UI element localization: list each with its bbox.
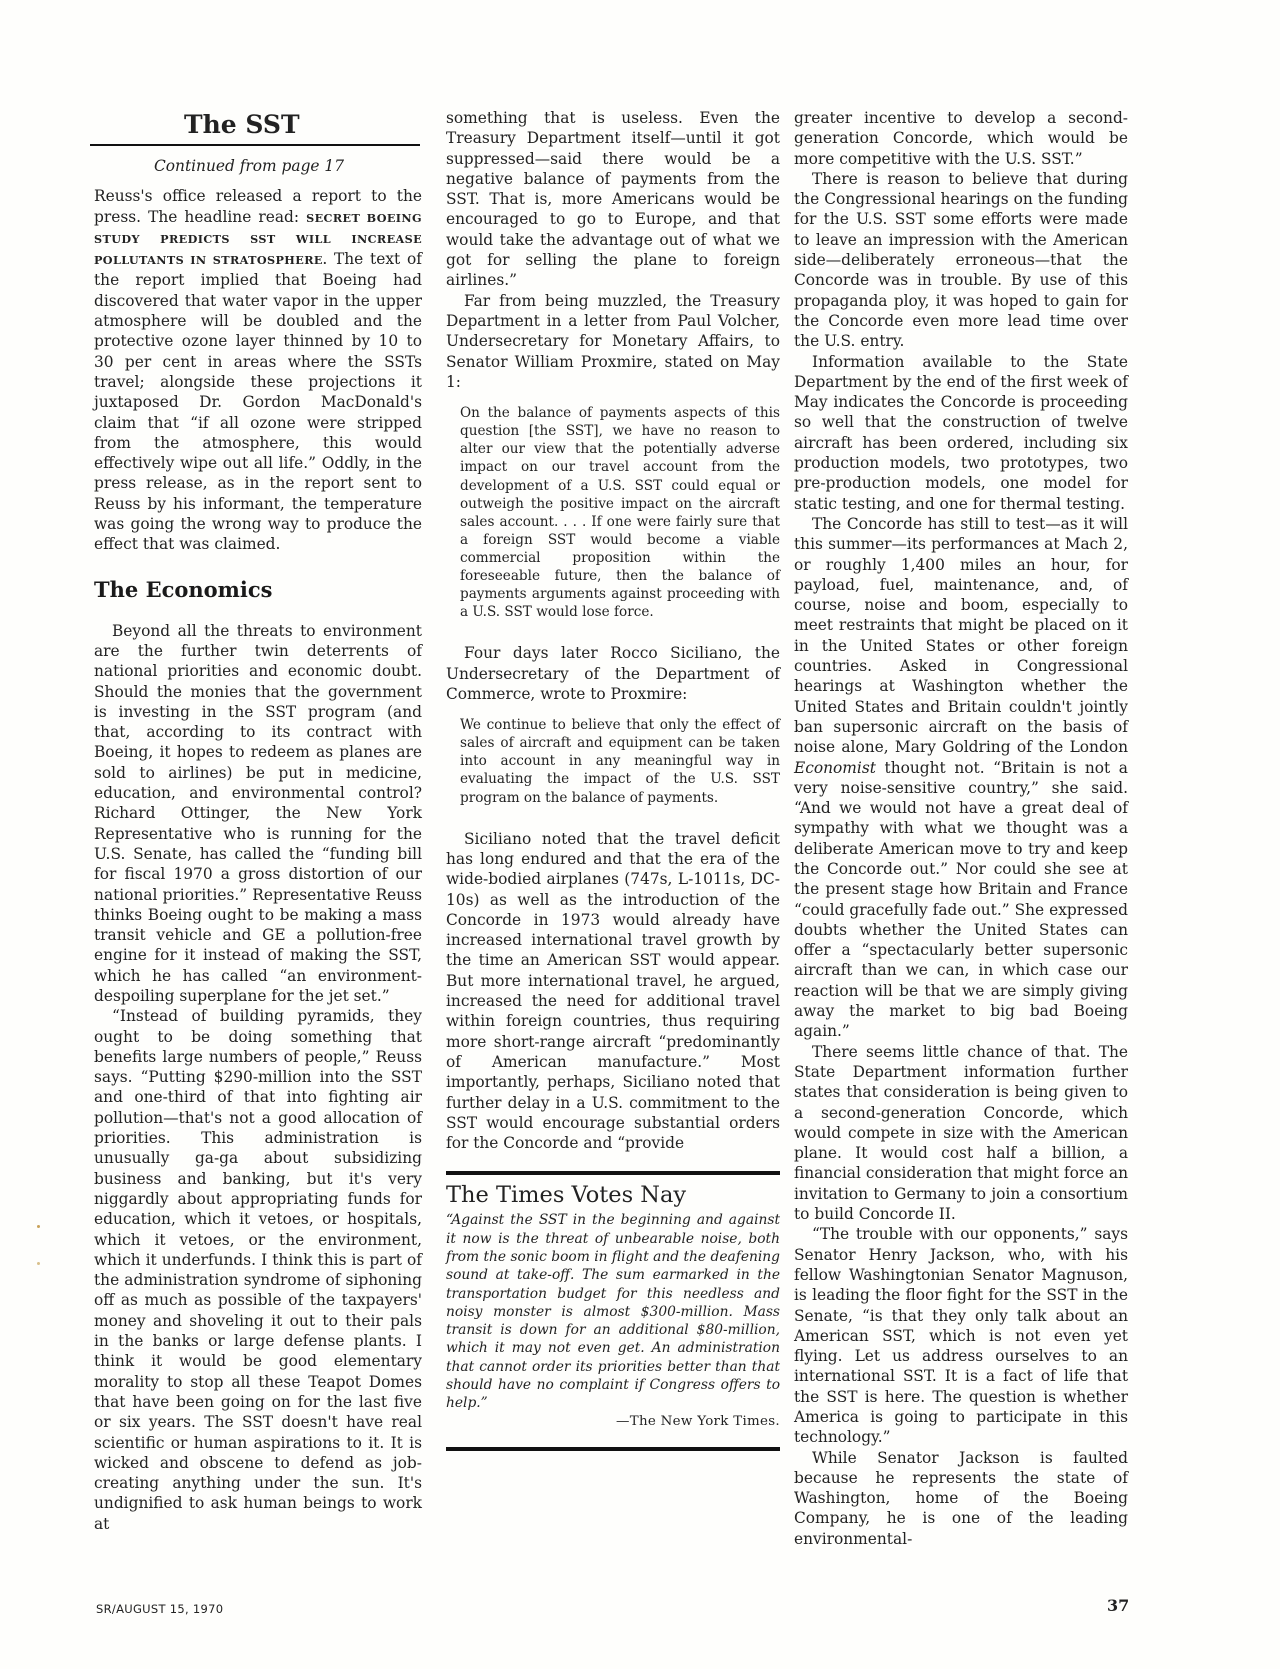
continued-from-note: Continued from page 17 bbox=[94, 156, 422, 176]
paragraph-text: thought not. “Britain is not a very nois… bbox=[794, 759, 1128, 1041]
paragraph-text: The text of the report implied that Boei… bbox=[94, 250, 422, 553]
sidebar-quote: “Against the SST in the beginning and ag… bbox=[446, 1211, 780, 1412]
paragraph: There seems little chance of that. The S… bbox=[794, 1042, 1128, 1225]
section-heading-economics: The Economics bbox=[94, 577, 422, 603]
paper-speck bbox=[37, 1262, 40, 1265]
sidebar-title: The Times Votes Nay bbox=[446, 1181, 780, 1209]
sidebar-bottom-rule bbox=[446, 1447, 780, 1451]
paragraph: The Concorde has still to test—as it wil… bbox=[794, 514, 1128, 1042]
paragraph: “The trouble with our opponents,” says S… bbox=[794, 1224, 1128, 1447]
title-rule bbox=[90, 144, 420, 146]
column-1: The SST Continued from page 17 Reuss's o… bbox=[94, 108, 422, 1534]
paragraph: “Instead of building pyramids, they ough… bbox=[94, 1006, 422, 1534]
paragraph-text: The Concorde has still to test—as it wil… bbox=[794, 515, 1128, 756]
paragraph: Reuss's office released a report to the … bbox=[94, 186, 422, 554]
sidebar-attribution: —The New York Times. bbox=[446, 1413, 780, 1431]
column-3: greater incentive to develop a second-ge… bbox=[794, 108, 1128, 1549]
paragraph: While Senator Jackson is faulted because… bbox=[794, 1448, 1128, 1549]
paragraph: something that is useless. Even the Trea… bbox=[446, 108, 780, 291]
publication-name: Economist bbox=[794, 759, 876, 777]
issue-date-footer: SR/AUGUST 15, 1970 bbox=[96, 1602, 223, 1616]
paragraph: There is reason to believe that during t… bbox=[794, 169, 1128, 352]
paragraph: Far from being muzzled, the Treasury Dep… bbox=[446, 291, 780, 392]
column-2: something that is useless. Even the Trea… bbox=[446, 108, 780, 1451]
block-quote-commerce: We continue to believe that only the eff… bbox=[460, 716, 780, 806]
page-number: 37 bbox=[1107, 1596, 1129, 1615]
sidebar-times-votes-nay: The Times Votes Nay “Against the SST in … bbox=[446, 1171, 780, 1450]
sidebar-top-rule bbox=[446, 1171, 780, 1175]
magazine-page: The SST Continued from page 17 Reuss's o… bbox=[0, 0, 1280, 1669]
paragraph: Information available to the State Depar… bbox=[794, 352, 1128, 514]
block-quote-treasury: On the balance of payments aspects of th… bbox=[460, 404, 780, 621]
article-title: The SST bbox=[94, 110, 422, 140]
paragraph: Four days later Rocco Siciliano, the Und… bbox=[446, 643, 780, 704]
paragraph: Siciliano noted that the travel deficit … bbox=[446, 829, 780, 1154]
paragraph: greater incentive to develop a second-ge… bbox=[794, 108, 1128, 169]
paper-speck bbox=[37, 1225, 40, 1228]
paragraph: Beyond all the threats to environment ar… bbox=[94, 621, 422, 1007]
